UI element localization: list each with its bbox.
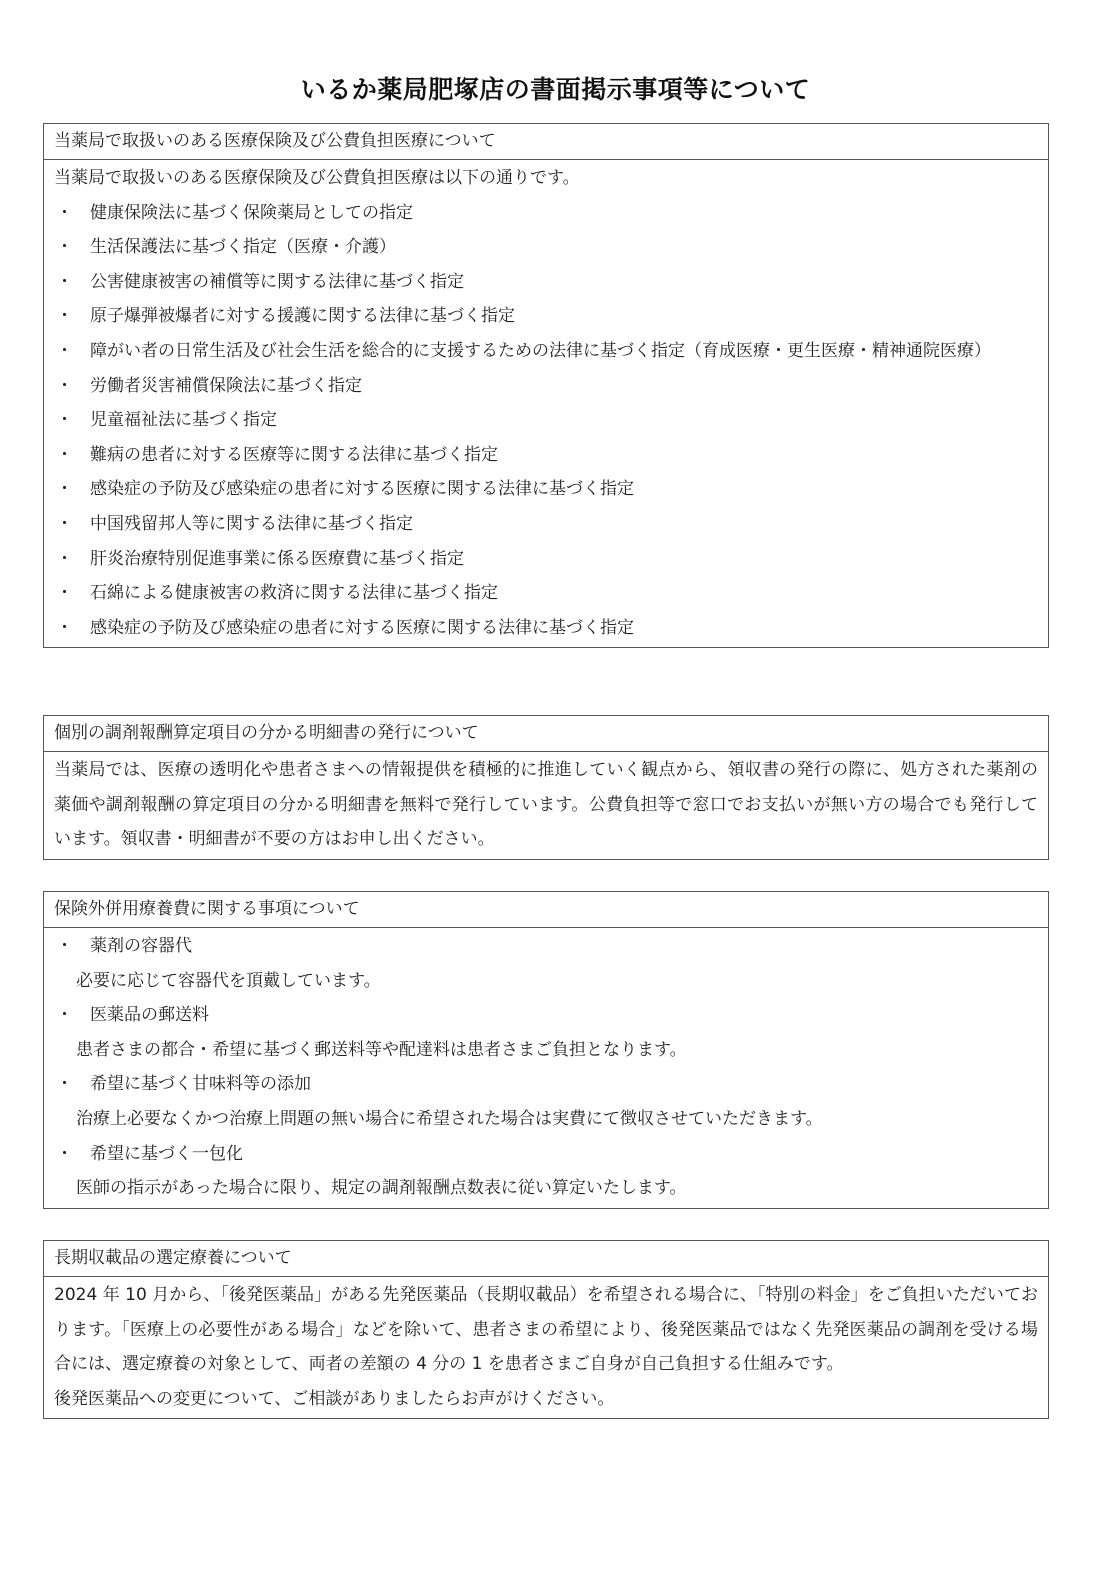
list-item: ・障がい者の日常生活及び社会生活を総合的に支援するための法律に基づく指定（育成医…: [54, 334, 1038, 369]
section-itemized-statement: 個別の調剤報酬算定項目の分かる明細書の発行について 当薬局では、医療の透明化や患…: [43, 715, 1049, 860]
section-heading: 保険外併用療養費に関する事項について: [44, 892, 1048, 928]
list-item-detail: 必要に応じて容器代を頂戴しています。: [54, 964, 1038, 999]
list-item-detail: 患者さまの都合・希望に基づく郵送料等や配達料は患者さまご負担となります。: [54, 1033, 1038, 1068]
list-item: ・児童福祉法に基づく指定: [54, 403, 1038, 438]
bullet-icon: ・: [54, 1137, 90, 1172]
bullet-icon: ・: [54, 576, 90, 611]
list-item: ・難病の患者に対する医療等に関する法律に基づく指定: [54, 438, 1038, 473]
bullet-icon: ・: [54, 334, 90, 369]
list-item: ・原子爆弾被爆者に対する援護に関する法律に基づく指定: [54, 299, 1038, 334]
section-extra-charges: 保険外併用療養費に関する事項について ・薬剤の容器代 必要に応じて容器代を頂戴し…: [43, 891, 1049, 1209]
list-item: ・感染症の予防及び感染症の患者に対する医療に関する法律に基づく指定: [54, 472, 1038, 507]
bullet-icon: ・: [54, 196, 90, 231]
list-item-label: ・薬剤の容器代: [54, 929, 1038, 964]
list-item: ・感染症の予防及び感染症の患者に対する医療に関する法律に基づく指定: [54, 611, 1038, 646]
list-item: ・石綿による健康被害の救済に関する法律に基づく指定: [54, 576, 1038, 611]
bullet-icon: ・: [54, 369, 90, 404]
list-item: ・健康保険法に基づく保険薬局としての指定: [54, 196, 1038, 231]
bullet-icon: ・: [54, 265, 90, 300]
list-item: ・労働者災害補償保険法に基づく指定: [54, 369, 1038, 404]
list-item-detail: 医師の指示があった場合に限り、規定の調剤報酬点数表に従い算定いたします。: [54, 1171, 1038, 1206]
bullet-icon: ・: [54, 507, 90, 542]
list-item: ・公害健康被害の補償等に関する法律に基づく指定: [54, 265, 1038, 300]
list-item: ・中国残留邦人等に関する法律に基づく指定: [54, 507, 1038, 542]
section-long-listed-drugs: 長期収載品の選定療養について 2024 年 10 月から、「後発医薬品」がある先…: [43, 1240, 1049, 1419]
section-heading: 当薬局で取扱いのある医療保険及び公費負担医療について: [44, 124, 1048, 160]
list-item-label: ・希望に基づく甘味料等の添加: [54, 1067, 1038, 1102]
bullet-icon: ・: [54, 472, 90, 507]
bullet-icon: ・: [54, 611, 90, 646]
bullet-icon: ・: [54, 542, 90, 577]
bullet-icon: ・: [54, 998, 90, 1033]
section-body: 2024 年 10 月から、「後発医薬品」がある先発医薬品（長期収載品）を希望さ…: [54, 1278, 1038, 1382]
list-item-label: ・医薬品の郵送料: [54, 998, 1038, 1033]
section-heading: 長期収載品の選定療養について: [44, 1241, 1048, 1277]
list-item: ・肝炎治療特別促進事業に係る医療費に基づく指定: [54, 542, 1038, 577]
section-insurance-coverage: 当薬局で取扱いのある医療保険及び公費負担医療について 当薬局で取扱いのある医療保…: [43, 123, 1049, 648]
page-title: いるか薬局肥塚店の書面掲示事項等について: [0, 70, 1111, 106]
list-item: ・生活保護法に基づく指定（医療・介護）: [54, 230, 1038, 265]
bullet-icon: ・: [54, 403, 90, 438]
section-intro: 当薬局で取扱いのある医療保険及び公費負担医療は以下の通りです。: [54, 161, 1038, 196]
section-note: 後発医薬品への変更について、ご相談がありましたらお声がけください。: [54, 1382, 1038, 1417]
list-item-label: ・希望に基づく一包化: [54, 1137, 1038, 1172]
list-item-detail: 治療上必要なくかつ治療上問題の無い場合に希望された場合は実費にて徴収させていただ…: [54, 1102, 1038, 1137]
bullet-icon: ・: [54, 230, 90, 265]
section-body: 当薬局では、医療の透明化や患者さまへの情報提供を積極的に推進していく観点から、領…: [54, 753, 1038, 857]
bullet-icon: ・: [54, 299, 90, 334]
bullet-icon: ・: [54, 929, 90, 964]
bullet-icon: ・: [54, 438, 90, 473]
bullet-icon: ・: [54, 1067, 90, 1102]
section-heading: 個別の調剤報酬算定項目の分かる明細書の発行について: [44, 716, 1048, 752]
